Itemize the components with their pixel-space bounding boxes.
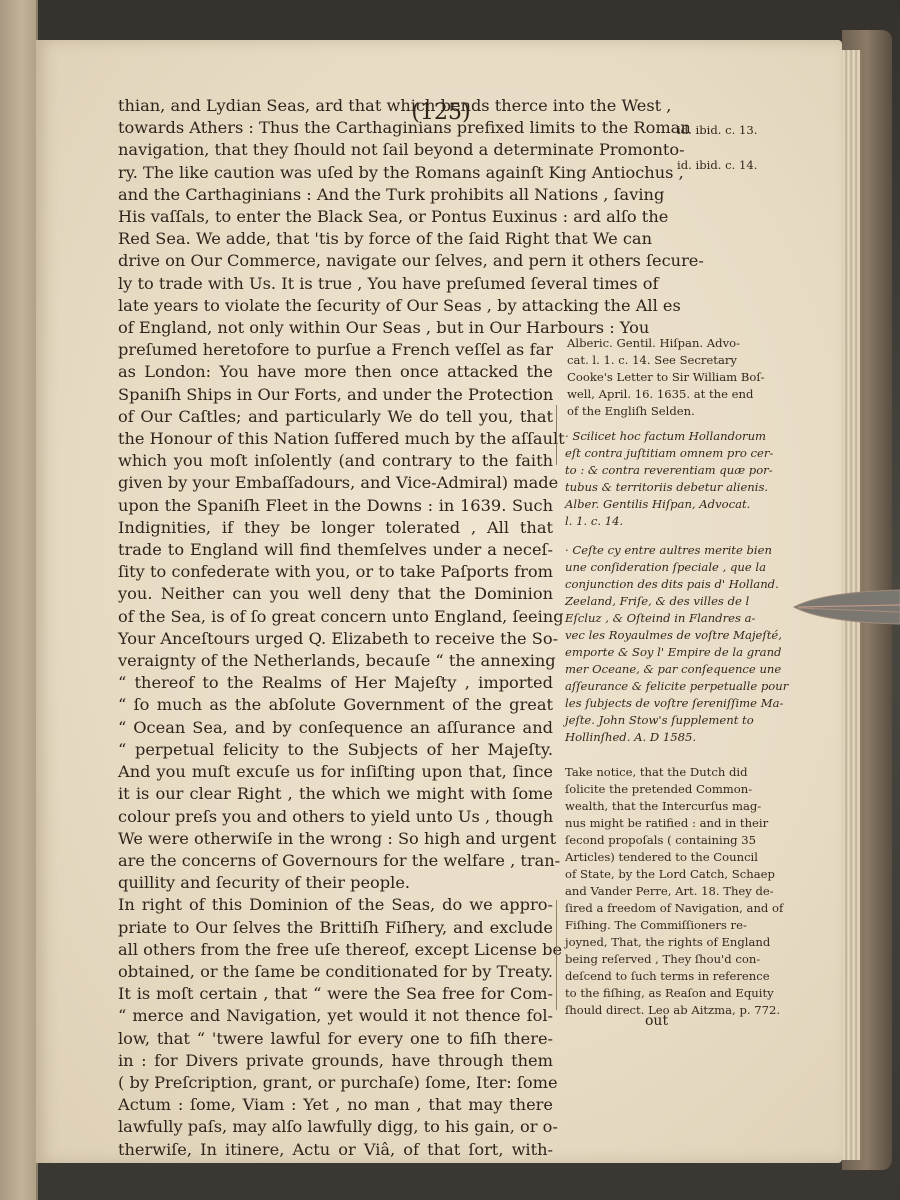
sidenote-line: eſt contra juſtitiam omnem pro cer- <box>565 445 773 462</box>
text-line: as London: You have more then once attac… <box>118 361 553 383</box>
text-line: “ merce and Navigation, yet would it not… <box>118 1005 553 1027</box>
sidenote-line: conjunction des dits pais d' Holland. <box>565 576 788 593</box>
sidenote-line: l. 1. c. 14. <box>565 513 773 530</box>
text-line: lawfully paſs, may alſo lawfully digg, t… <box>118 1116 553 1138</box>
sidenote-line: to the fiſhing, as Reaſon and Equity <box>565 985 783 1002</box>
sidenote-scilicet: · Scilicet hoc factum Hollandorum eſt co… <box>565 428 773 530</box>
sidenote-line: ſhould direct. Leo ab Aitzma, p. 772. <box>565 1002 783 1019</box>
text-line: all others from the free uſe thereof, ex… <box>118 939 553 961</box>
sidenote-line: cat. l. 1. c. 14. See Secretary <box>567 352 765 369</box>
sidenote-line: of State, by the Lord Catch, Schaep <box>565 866 783 883</box>
text-line: drive on Our Commerce, navigate our ſelv… <box>118 250 553 272</box>
text-line: ly to trade with Us. It is true , You ha… <box>118 273 553 295</box>
sidenote-line: mer Oceane, & par conſequence une <box>565 661 788 678</box>
sidenote-line: Take notice, that the Dutch did <box>565 764 783 781</box>
text-line: you. Neither can you well deny that the … <box>118 583 553 605</box>
sidenote-line: Hollinſhed. A. D 1585. <box>565 729 788 746</box>
left-book-cover <box>0 0 38 1200</box>
sidenote-line: · Ceſte cy entre aultres merite bien <box>565 542 788 559</box>
text-line: We were otherwiſe in the wrong : So high… <box>118 828 553 850</box>
text-line: of the Sea, is of ſo great concern unto … <box>118 606 553 628</box>
sidenote-alberic: Alberic. Gentil. Hiſpan. Advo- cat. l. 1… <box>567 335 765 420</box>
text-line: In right of this Dominion of the Seas, d… <box>118 894 553 916</box>
text-line: late years to violate the ſecurity of Ou… <box>118 295 553 317</box>
sidenote-line: ſired a freedom of Navigation, and of <box>565 900 783 917</box>
text-line: ry. The like caution was uſed by the Rom… <box>118 162 553 184</box>
text-line: therwiſe, In itinere, Actu or Viâ, of th… <box>118 1139 553 1161</box>
sidenote-ceste: · Ceſte cy entre aultres merite bien une… <box>565 542 788 746</box>
margin-rule <box>556 900 557 1010</box>
sidenote-line: ſolicite the pretended Common- <box>565 781 783 798</box>
text-line: low, that “ 'twere lawful for every one … <box>118 1028 553 1050</box>
text-line: it is our clear Right , the which we mig… <box>118 783 553 805</box>
margin-rule <box>556 405 557 465</box>
sidenote-take-notice: Take notice, that the Dutch did ſolicite… <box>565 764 783 1019</box>
text-line: It is moſt certain , that “ were the Sea… <box>118 983 553 1005</box>
text-line: quillity and ſecurity of their people. <box>118 872 553 894</box>
catchword: out <box>645 1013 668 1029</box>
text-line: ſity to confederate with you, or to take… <box>118 561 553 583</box>
sidenote-line: Alberic. Gentil. Hiſpan. Advo- <box>567 335 765 352</box>
text-line: which you moſt inſolently (and contrary … <box>118 450 553 472</box>
text-line: the Honour of this Nation ſuffered much … <box>118 428 553 450</box>
text-line: And you muſt excuſe us for inſiſting upo… <box>118 761 553 783</box>
text-line: “ Ocean Sea, and by conſequence an aſſur… <box>118 717 553 739</box>
text-line: and the Carthaginians : And the Turk pro… <box>118 184 553 206</box>
sidenote-line: being reſerved , They ſhou'd con- <box>565 951 783 968</box>
sidenote-line: Eſcluz , & Oſteind in Flandres a- <box>565 610 788 627</box>
text-line: given by your Embaſſadours, and Vice-Adm… <box>118 472 553 494</box>
text-line: preſumed heretofore to purſue a French v… <box>118 339 553 361</box>
sidenote-line: une conſideration ſpeciale , que la <box>565 559 788 576</box>
text-line: are the concerns of Governours for the w… <box>118 850 553 872</box>
sidenote-line: aſſeurance & felicite perpetualle pour <box>565 678 788 695</box>
sidenote-ref-c13: id. ibid. c. 13. <box>677 122 757 139</box>
sidenote-ref-c14: id. ibid. c. 14. <box>677 157 757 174</box>
text-line: thian, and Lydian Seas, ard that which b… <box>118 95 553 117</box>
text-line: Red Sea. We adde, that 'tis by force of … <box>118 228 553 250</box>
sidenote-line: jeſte. John Stow's ſupplement to <box>565 712 788 729</box>
text-line: His vaſſals, to enter the Black Sea, or … <box>118 206 553 228</box>
sidenote-line: id. ibid. c. 13. <box>677 122 757 139</box>
text-line: Your Anceſtours urged Q. Elizabeth to re… <box>118 628 553 650</box>
sidenote-line: of the Engliſh Selden. <box>567 403 765 420</box>
sidenote-line: wealth, that the Intercurſus mag- <box>565 798 783 815</box>
text-line: navigation, that they ſhould not ſail be… <box>118 139 553 161</box>
sidenote-line: Zeeland, Friſe, & des villes de l <box>565 593 788 610</box>
text-line: Actum : ſome, Viam : Yet , no man , that… <box>118 1094 553 1116</box>
text-line: of England, not only within Our Seas , b… <box>118 317 553 339</box>
main-text-column: thian, and Lydian Seas, ard that which b… <box>118 95 553 1161</box>
sidenote-line: deſcend to ſuch terms in reference <box>565 968 783 985</box>
text-line: “ ſo much as the abſolute Government of … <box>118 694 553 716</box>
sidenote-line: well, April. 16. 1635. at the end <box>567 386 765 403</box>
sidenote-line: id. ibid. c. 14. <box>677 157 757 174</box>
sidenote-line: Alber. Gentilis Hiſpan, Advocat. <box>565 496 773 513</box>
sidenote-line: nus might be ratified : and in their <box>565 815 783 832</box>
text-line: Indignities, if they be longer tolerated… <box>118 517 553 539</box>
text-line: of Our Caſtles; and particularly We do t… <box>118 406 553 428</box>
text-line: ( by Preſcription, grant, or purchaſe) ſ… <box>118 1072 553 1094</box>
text-line: obtained, or the ſame be conditionated f… <box>118 961 553 983</box>
sidenote-line: emporte & Soy l' Empire de la grand <box>565 644 788 661</box>
sidenote-line: and Vander Perre, Art. 18. They de- <box>565 883 783 900</box>
sidenote-line: les ſubjects de voſtre ſereniſſime Ma- <box>565 695 788 712</box>
text-line: in : for Divers private grounds, have th… <box>118 1050 553 1072</box>
text-line: “ thereof to the Realms of Her Majeſty ,… <box>118 672 553 694</box>
sidenote-line: tubus & territoriis debetur alienis. <box>565 479 773 496</box>
text-line: trade to England will find themſelves un… <box>118 539 553 561</box>
sidenote-line: Fiſhing. The Commiſſioners re- <box>565 917 783 934</box>
sidenote-line: to : & contra reverentiam quæ por- <box>565 462 773 479</box>
text-line: priate to Our ſelves the Brittiſh Fiſher… <box>118 917 553 939</box>
sidenote-line: Cooke's Letter to Sir William Boſ- <box>567 369 765 386</box>
text-line: towards Athers : Thus the Carthaginians … <box>118 117 553 139</box>
text-line: veraignty of the Netherlands, becauſe “ … <box>118 650 553 672</box>
sidenote-line: Articles) tendered to the Council <box>565 849 783 866</box>
sidenote-line: · Scilicet hoc factum Hollandorum <box>565 428 773 445</box>
text-line: “ perpetual felicity to the Subjects of … <box>118 739 553 761</box>
metal-bookmark-pointer <box>792 588 900 626</box>
sidenote-line: vec les Royaulmes de voſtre Majeſté, <box>565 627 788 644</box>
sidenote-line: ſecond propoſals ( containing 35 <box>565 832 783 849</box>
sidenote-line: joyned, That, the rights of England <box>565 934 783 951</box>
text-line: colour preſs you and others to yield unt… <box>118 806 553 828</box>
text-line: upon the Spaniſh Fleet in the Downs : in… <box>118 495 553 517</box>
text-line: Spaniſh Ships in Our Forts, and under th… <box>118 384 553 406</box>
